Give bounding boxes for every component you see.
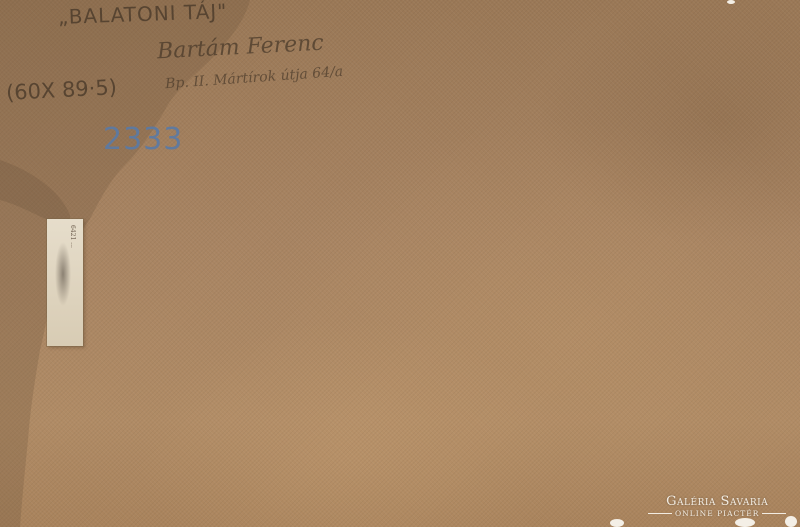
paint-speck: [727, 0, 735, 4]
watermark-logo: Galéria Savaria ONLINE PIACTÉR: [648, 494, 786, 518]
board-texture: [0, 0, 800, 527]
paint-speck: [610, 519, 624, 527]
watermark-subtitle-row: ONLINE PIACTÉR: [648, 509, 786, 518]
dimensions-inscription: (60X 89·5): [5, 75, 117, 105]
address-inscription: Bp. II. Mártírok útja 64/a: [165, 64, 344, 92]
watermark-title: Galéria Savaria: [648, 494, 786, 509]
title-inscription: „BALATONI TÁJ": [58, 0, 228, 29]
paint-speck: [735, 518, 755, 527]
paint-speck: [785, 516, 797, 527]
inventory-number: 2333: [103, 122, 183, 157]
water-stain: [0, 0, 800, 527]
paper-label: 6421 ...: [47, 219, 83, 346]
divider: [648, 513, 672, 514]
artist-inscription: Bartám Ferenc: [156, 31, 324, 65]
label-text: 6421 ...: [69, 225, 76, 248]
painting-back-board: „BALATONI TÁJ" Bartám Ferenc (60X 89·5) …: [0, 0, 800, 527]
divider: [762, 513, 786, 514]
watermark-subtitle: ONLINE PIACTÉR: [675, 509, 759, 518]
